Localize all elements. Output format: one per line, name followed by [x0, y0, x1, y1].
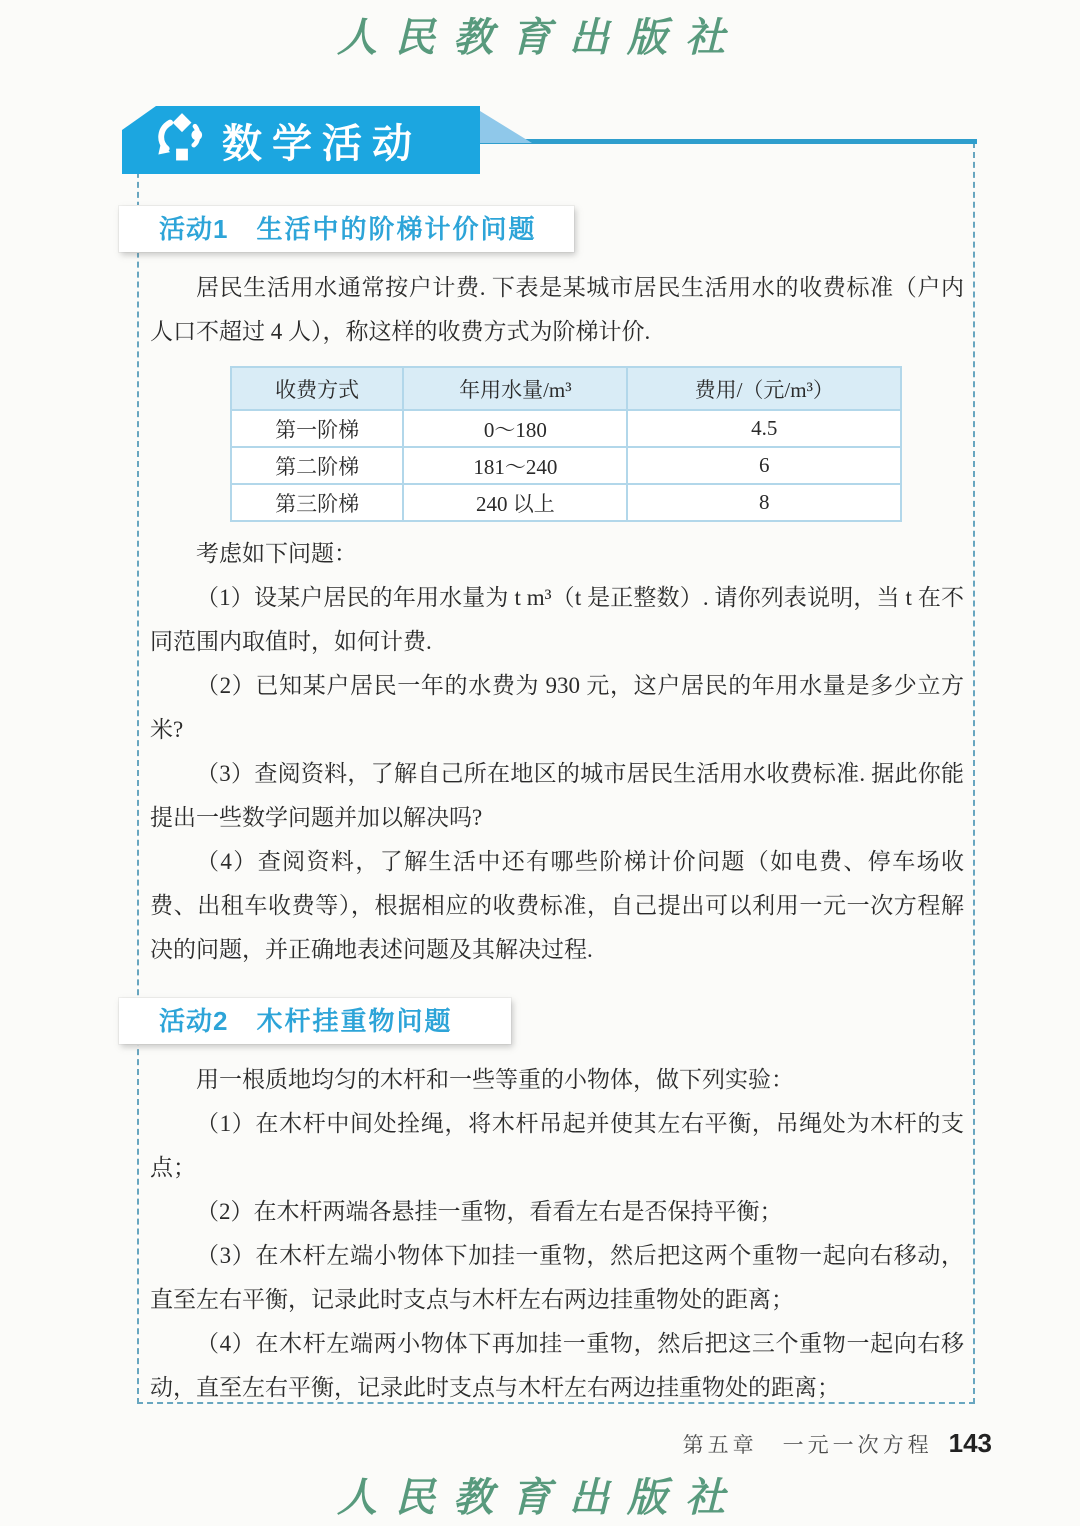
section-banner: 数学活动	[122, 106, 480, 174]
col-header-charge-mode: 收费方式	[231, 367, 403, 410]
table-row: 第三阶梯 240 以上 8	[231, 484, 901, 521]
activity2-label: 活动2	[159, 998, 228, 1044]
activity2-step-1: （1）在木杆中间处拴绳，将木杆吊起并使其左右平衡，吊绳处为木杆的支点；	[150, 1102, 964, 1190]
tier2-fee: 6	[627, 447, 901, 484]
section-title: 数学活动	[222, 112, 422, 169]
tier1-name: 第一阶梯	[231, 410, 403, 447]
tier3-name: 第三阶梯	[231, 484, 403, 521]
activity2-step-4: （4）在木杆左端两小物体下再加挂一重物，然后把这三个重物一起向右移动，直至左右平…	[150, 1322, 964, 1410]
activity2-heading: 活动2 木杆挂重物问题	[119, 998, 511, 1044]
chapter-title: 第五章 一元一次方程	[683, 1429, 933, 1459]
table-header-row: 收费方式 年用水量/m³ 费用/（元/m³）	[231, 367, 901, 410]
tier3-fee: 8	[627, 484, 901, 521]
tier2-name: 第二阶梯	[231, 447, 403, 484]
activity1-question-3: （3）查阅资料，了解自己所在地区的城市居民生活用水收费标准. 据此你能提出一些数…	[150, 752, 964, 840]
activity2-intro: 用一根质地均匀的木杆和一些等重的小物体，做下列实验：	[150, 1058, 964, 1102]
page-footer: 第五章 一元一次方程 143	[683, 1428, 992, 1459]
table-row: 第二阶梯 181～240 6	[231, 447, 901, 484]
tier3-usage: 240 以上	[403, 484, 627, 521]
consider-line: 考虑如下问题：	[150, 532, 964, 576]
col-header-fee: 费用/（元/m³）	[627, 367, 901, 410]
activity2-step-2: （2）在木杆两端各悬挂一重物，看看左右是否保持平衡；	[150, 1190, 964, 1234]
col-header-annual-usage: 年用水量/m³	[403, 367, 627, 410]
activity1-heading: 活动1 生活中的阶梯计价问题	[119, 206, 574, 252]
tier1-usage: 0～180	[403, 410, 627, 447]
banner-rule-line	[480, 139, 977, 144]
activity2-step-3: （3）在木杆左端小物体下加挂一重物，然后把这两个重物一起向右移动，直至左右平衡，…	[150, 1234, 964, 1322]
table-row: 第一阶梯 0～180 4.5	[231, 410, 901, 447]
water-rate-table: 收费方式 年用水量/m³ 费用/（元/m³） 第一阶梯 0～180 4.5 第二…	[230, 366, 964, 522]
activity1-question-4: （4）查阅资料，了解生活中还有哪些阶梯计价问题（如电费、停车场收费、出租车收费等…	[150, 840, 964, 972]
activity2-title: 木杆挂重物问题	[256, 998, 452, 1044]
activity1-question-1: （1）设某户居民的年用水量为 t m³（t 是正整数）. 请你列表说明，当 t …	[150, 576, 964, 664]
page-number: 143	[949, 1428, 992, 1459]
activity1-intro: 居民生活用水通常按户计费. 下表是某城市居民生活用水的收费标准（户内人口不超过 …	[150, 266, 964, 354]
publisher-watermark-top: 人民教育出版社	[0, 6, 1080, 63]
publisher-watermark-bottom: 人民教育出版社	[0, 1466, 1080, 1523]
activity1-title: 生活中的阶梯计价问题	[256, 206, 536, 252]
math-activity-logo-icon	[156, 112, 208, 169]
tier2-usage: 181～240	[403, 447, 627, 484]
activity1-label: 活动1	[159, 206, 228, 252]
activity1-question-2: （2）已知某户居民一年的水费为 930 元，这户居民的年用水量是多少立方米?	[150, 664, 964, 752]
tier1-fee: 4.5	[627, 410, 901, 447]
page-content: 活动1 生活中的阶梯计价问题 居民生活用水通常按户计费. 下表是某城市居民生活用…	[150, 186, 964, 1410]
